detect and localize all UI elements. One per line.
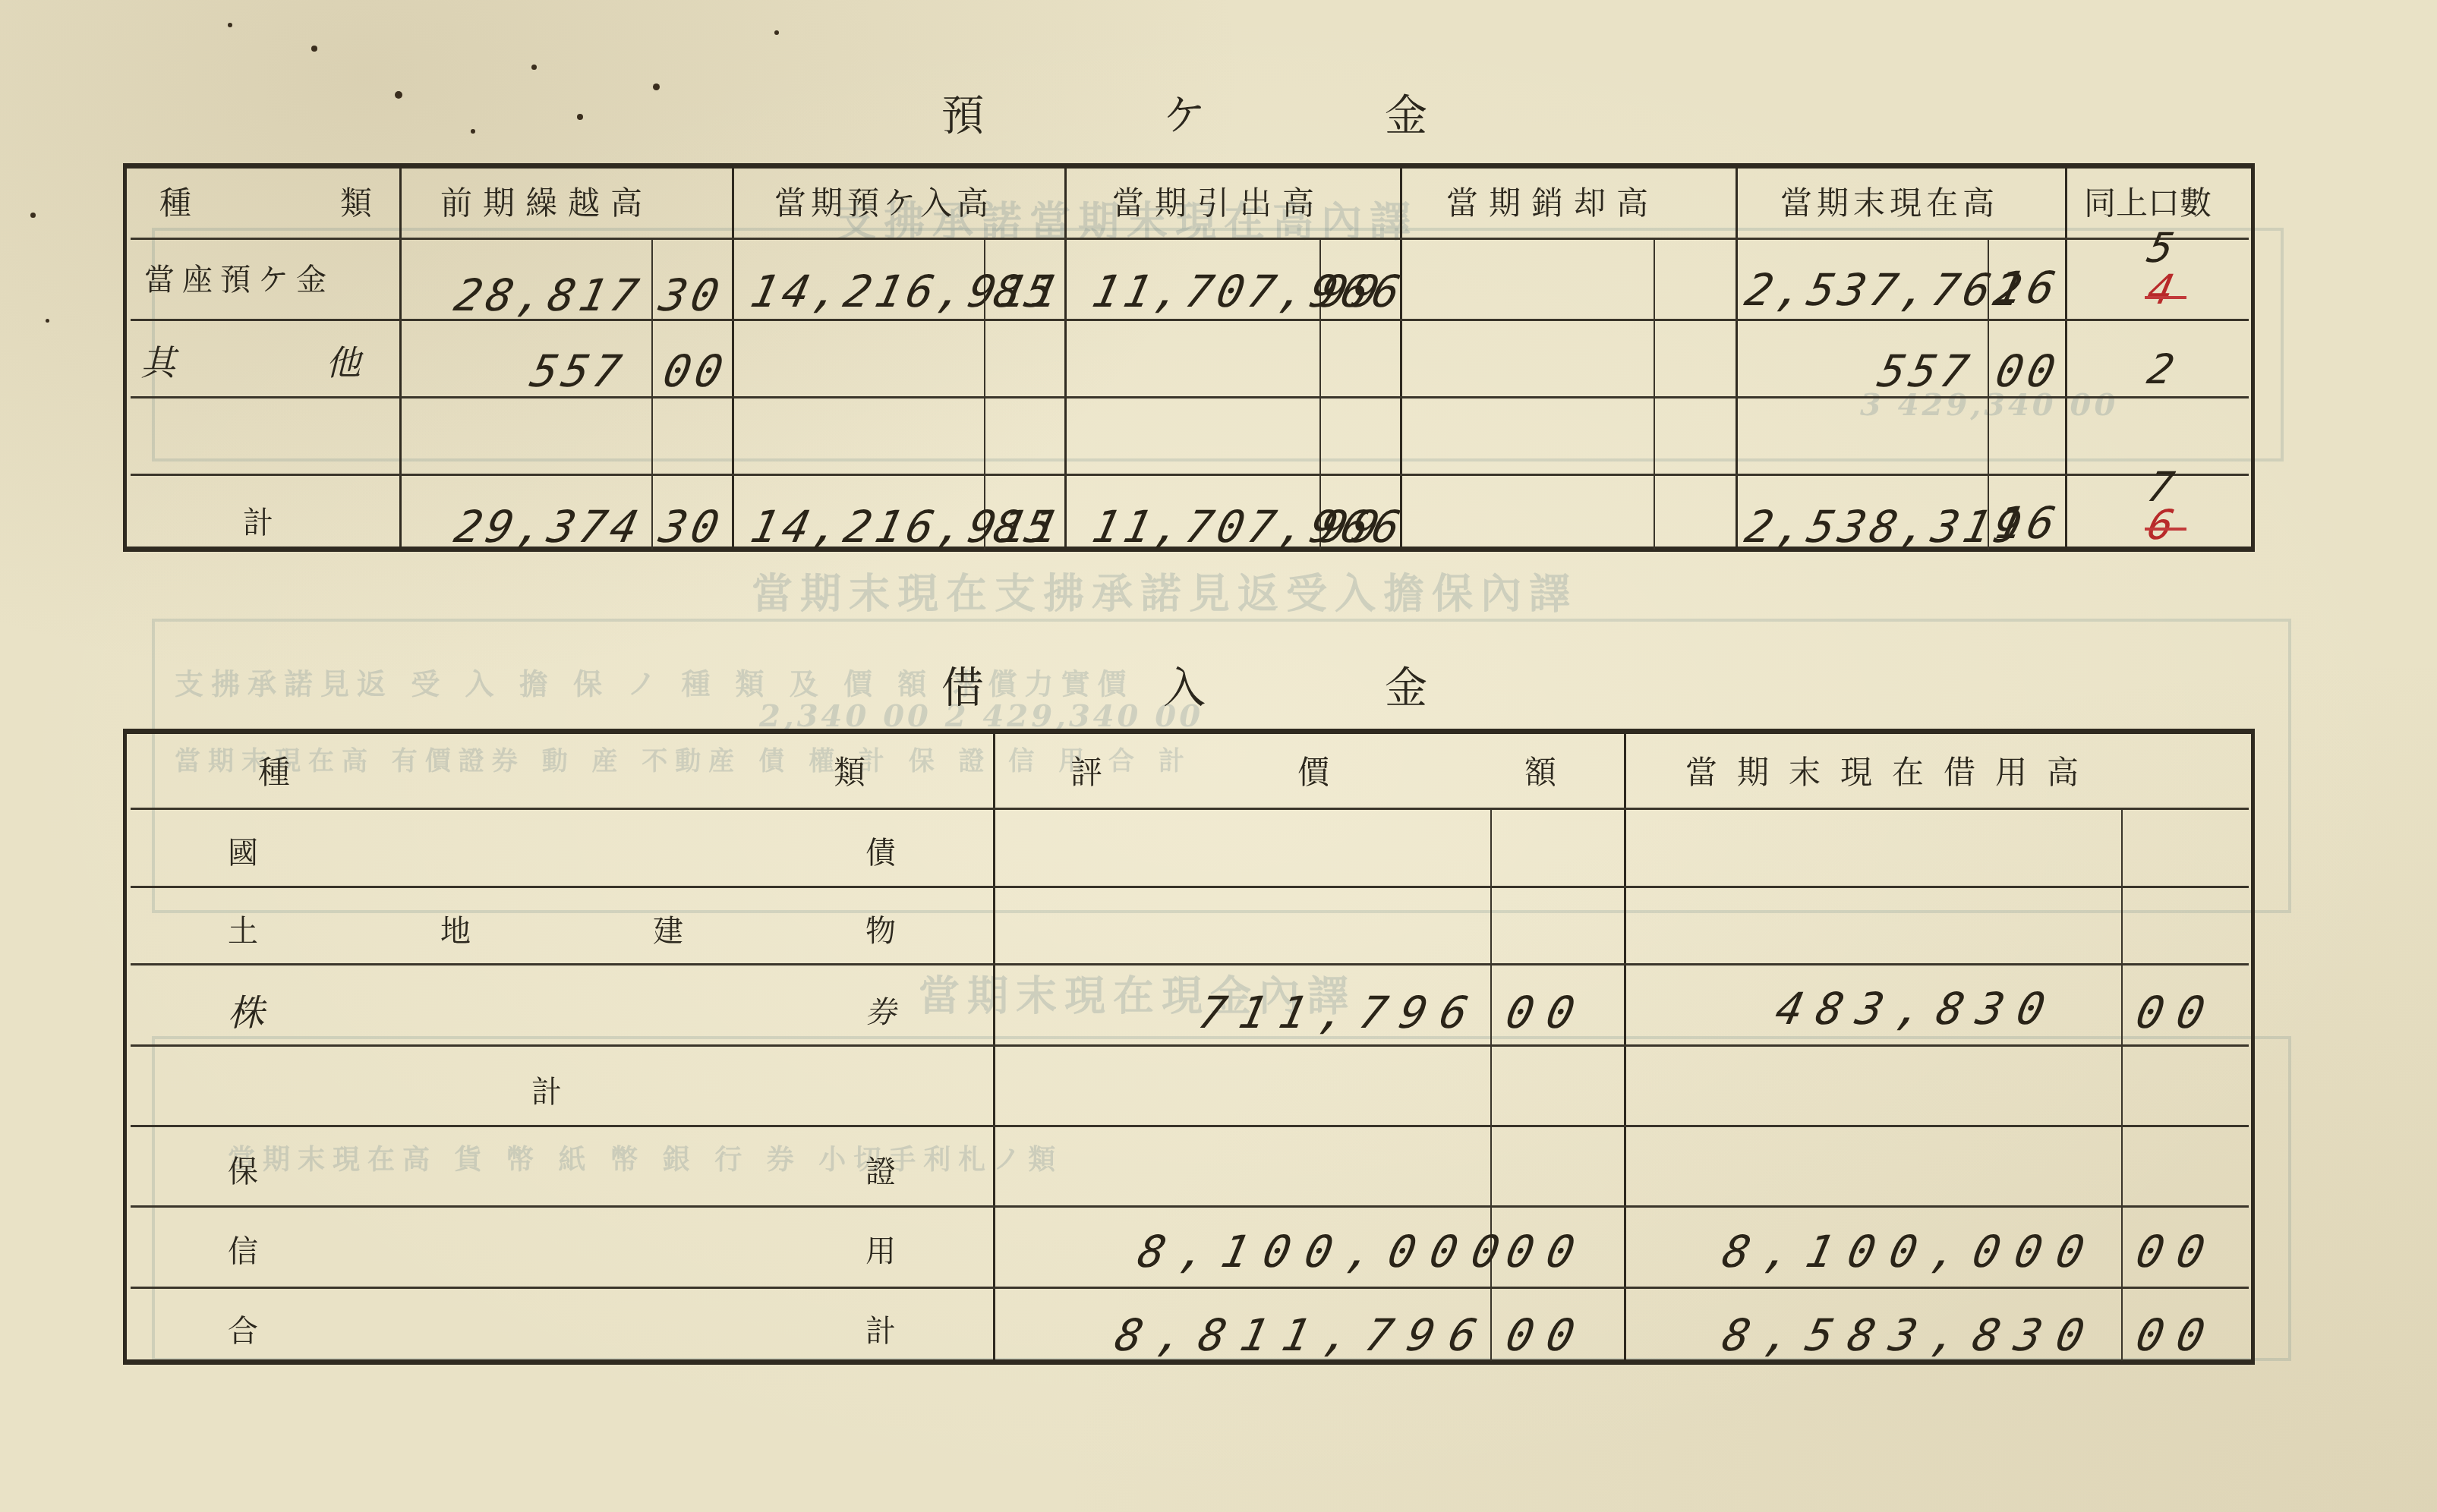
col-divider [1736, 165, 1738, 550]
deposits-title-char: 預 [941, 82, 984, 143]
header-deposits-in: 當期預ケ入高 [774, 175, 1040, 228]
total-current-balance-sen: 16 [1991, 497, 2064, 549]
row-label-subtotal: 計 [531, 1063, 577, 1116]
ink-spot [653, 83, 660, 90]
borrowings-title-char: 入 [1163, 654, 1206, 715]
prev-balance-value: 28,817 [450, 269, 648, 321]
col-divider [2065, 165, 2067, 550]
ink-spot [46, 319, 49, 323]
valuation-credit: 8,100,000 [1133, 1226, 1520, 1277]
col-divider [1624, 732, 1626, 1361]
valuation-credit-sen: 00 [1502, 1226, 1593, 1277]
prev-balance-sen: 00 [659, 345, 732, 397]
header-prev-balance: 前期繰越高 [440, 175, 698, 228]
prev-balance-value: 557 [526, 345, 630, 397]
current-balance-value: 2,537,762 [1741, 264, 2032, 316]
ink-spot [531, 65, 537, 70]
borrowings-title: 借 入 金 [941, 654, 1427, 715]
row-divider [131, 474, 2249, 476]
valuation-stocks: 711,796 [1194, 987, 1486, 1038]
header-valuation: 評 價 額 [1070, 744, 1556, 797]
row-divider [131, 1205, 2249, 1208]
valuation-stocks-sen: 00 [1502, 987, 1593, 1038]
header-type: 種 類 [258, 744, 865, 797]
withdrawals-sen: 99 [1316, 266, 1389, 317]
ink-spot [471, 129, 475, 134]
total-withdrawals-sen: 99 [1316, 501, 1389, 553]
total-prev-balance-sen: 30 [655, 501, 728, 553]
header-valuation-char: 額 [1524, 748, 1556, 793]
header-type-char: 種 [159, 178, 191, 224]
row-label-char: 債 [865, 829, 896, 872]
row-label-char: 合 [228, 1307, 258, 1350]
header-valuation-char: 價 [1297, 748, 1329, 793]
total-deposits-in-sen: 85 [989, 501, 1062, 553]
deposits-title: 預 ケ 金 [941, 82, 1427, 143]
header-type-char: 種 [258, 748, 290, 793]
row-divider [131, 963, 2249, 965]
red-correction-mark [2145, 528, 2186, 531]
borrowings-title-char: 借 [941, 654, 984, 715]
total-current-balance: 2,538,319 [1741, 501, 2032, 553]
header-type-char: 類 [340, 178, 372, 224]
sen-divider [1490, 808, 1492, 1361]
row-label-credit: 信 用 [228, 1222, 896, 1275]
row-label-current-account: 當座預ケ金 [144, 250, 387, 304]
row-label-government-bonds: 國 債 [228, 824, 896, 877]
row-label-guarantee: 保 證 [228, 1142, 896, 1195]
col-divider [1064, 165, 1067, 550]
row-label-stocks: 株 券 [228, 983, 896, 1036]
row-label-char: 券 [865, 988, 896, 1032]
valuation-grand-total: 8,811,796 [1111, 1309, 1497, 1361]
row-label-char: 信 [228, 1227, 258, 1271]
ink-spot [311, 46, 317, 52]
header-current-borrowed: 當期末現在借用高 [1685, 744, 2217, 797]
row-label-char: 株 [228, 984, 264, 1036]
row-label-char: 用 [865, 1227, 896, 1271]
row-divider [131, 1287, 2249, 1289]
row-label-grand-total: 合 計 [228, 1302, 896, 1355]
sen-divider [651, 238, 653, 550]
sen-divider [1654, 238, 1655, 550]
row-label-char: 其 [140, 335, 175, 386]
prev-balance-sen: 30 [655, 269, 728, 321]
total-prev-balance: 29,374 [450, 501, 648, 553]
row-divider [131, 238, 2249, 240]
col-divider [993, 732, 995, 1361]
col-divider [732, 165, 734, 550]
current-balance-sen: 00 [1991, 345, 2064, 397]
ink-spot [395, 91, 402, 99]
ink-spot [774, 30, 779, 35]
row-divider [131, 808, 2249, 810]
header-account-count: 同上口數 [2084, 175, 2243, 228]
borrowed-stocks: 483,830 [1771, 983, 2063, 1035]
borrowed-stocks-sen: 00 [2132, 987, 2223, 1038]
borrowed-grand-total-sen: 00 [2132, 1309, 2223, 1361]
ink-spot [577, 114, 583, 120]
row-label-char: 證 [865, 1148, 896, 1191]
deposits-in-sen: 85 [989, 266, 1062, 317]
row-label-char: 建 [653, 907, 683, 950]
ink-spot [30, 213, 36, 218]
row-label-char: 地 [440, 907, 471, 950]
row-label-char: 他 [326, 335, 361, 386]
current-balance-value: 557 [1874, 345, 1978, 397]
header-valuation-char: 評 [1070, 748, 1102, 793]
current-balance-sen: 16 [1991, 262, 2064, 313]
row-divider [131, 319, 2249, 321]
col-divider [1400, 165, 1402, 550]
row-label-char: 計 [865, 1307, 896, 1350]
header-write-off: 當期銷却高 [1446, 175, 1704, 228]
red-correction-mark [2145, 296, 2186, 299]
row-label-other: 其 他 [140, 334, 361, 387]
row-divider [131, 1044, 2249, 1047]
ghost-heading-2: 當期末現在支拂承諾見返受入擔保內譯 [752, 562, 1578, 620]
valuation-grand-total-sen: 00 [1502, 1309, 1593, 1361]
header-withdrawals: 當期引出高 [1112, 175, 1370, 228]
col-divider [399, 165, 402, 550]
row-divider [131, 1125, 2249, 1127]
borrowed-credit: 8,100,000 [1718, 1226, 2104, 1277]
header-type-char: 類 [834, 748, 865, 793]
borrowed-grand-total: 8,583,830 [1718, 1309, 2104, 1361]
ink-spot [228, 23, 232, 27]
row-divider [131, 886, 2249, 888]
deposits-title-char: ケ [1163, 82, 1206, 143]
row-label-char: 土 [228, 907, 258, 950]
header-current-balance: 當期末現在高 [1780, 175, 2038, 228]
header-type: 種 類 [159, 175, 372, 228]
row-label-total: 計 [243, 493, 288, 547]
borrowings-title-char: 金 [1385, 654, 1427, 715]
row-label-char: 保 [228, 1148, 258, 1191]
row-label-char: 國 [228, 829, 258, 872]
borrowed-credit-sen: 00 [2132, 1226, 2223, 1277]
sen-divider [2121, 808, 2123, 1361]
row-label-land-buildings: 土 地 建 物 [228, 902, 896, 955]
deposits-title-char: 金 [1385, 82, 1427, 143]
row-label-char: 物 [865, 907, 896, 950]
